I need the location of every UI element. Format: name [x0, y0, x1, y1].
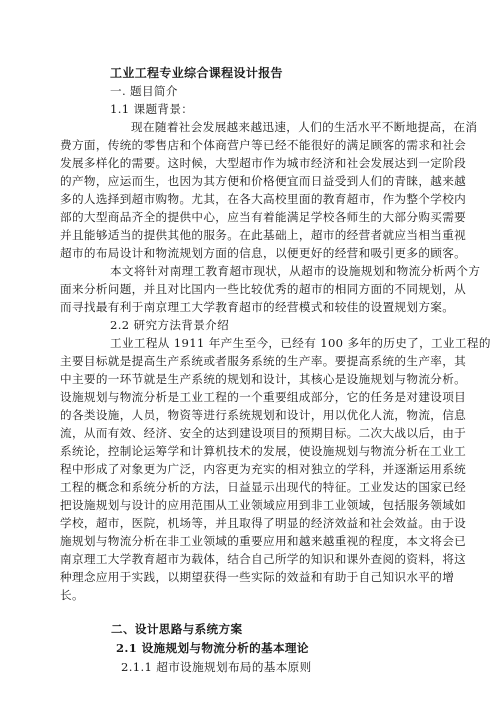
paragraph-line: 把设施规划与设计的应用范围从工业领域应用到非工业领域，包括服务领域如	[60, 498, 438, 512]
paragraph-line: 本文将针对南理工教育超市现状，从超市的设施规划和物流分析两个方	[110, 264, 438, 278]
paragraph-line: 设施规划与物流分析是工业工程的一个重要组成部分，它的任务是对建设项目	[60, 390, 438, 404]
paragraph-line: 主要目标就是提高生产系统或者服务系统的生产率。要提高系统的生产率，其	[60, 354, 438, 368]
paragraph-line: 的产物，应运而生，也因为其方便和价格便宜而日益受到人们的青睐，越来越	[60, 174, 438, 188]
paragraph-line: 部的大型商品齐全的提供中心，应当有着能满足学校各师生的大部分购买需要	[60, 210, 438, 224]
paragraph-line: 学校，超市，医院，机场等，并且取得了明显的经济效益和社会效益。由于设	[60, 516, 438, 530]
subsection-2-1-1-heading: 2.1.1 超市设施规划布局的基本原则	[121, 660, 312, 674]
paragraph-line: 发展多样化的需要。这时候，大型超市作为城市经济和社会发展达到一定阶段	[60, 156, 438, 170]
subsection-2-1-heading: 2.1 设施规划与物流分析的基本理论	[116, 641, 309, 655]
subsection-1-1-heading: 1.1 课题背景：	[110, 102, 193, 116]
paragraph-line: 工程的概念和系统分析的方法，日益显示出现代的特征。工业发达的国家已经	[60, 480, 438, 494]
paragraph-line: 南京理工大学教育超市为载体，结合自己所学的知识和课外查阅的资料，将这	[60, 552, 438, 566]
paragraph-line: 面来分析问题，并且对比国内一些比较优秀的超市的相同方面的不同规划，从	[60, 282, 438, 296]
paragraph-line: 而寻找最有利于南京理工大学教育超市的经营模式和较佳的设置规划方案。	[60, 300, 454, 314]
paragraph-line: 多的人选择到超市购物。尤其，在各大高校里面的教育超市，作为整个学校内	[60, 192, 438, 206]
paragraph-line: 程中形成了对象更为广泛，内容更为充实的相对独立的学科，并逐渐运用系统	[60, 462, 438, 476]
paragraph-line: 流，从而有效、经济、安全的达到建设项目的预期目标。二次大战以后，由于	[60, 426, 438, 440]
paragraph-line: 中主要的一环节就是生产系统的规划和设计，其核心是设施规划与物流分析。	[60, 372, 438, 386]
paragraph-line: 的各类设施，人员，物资等进行系统规划和设计，用以优化人流，物流，信息	[60, 408, 438, 422]
paragraph-line: 并且能够适当的提供其他的服务。在此基础上，超市的经营者就应当相当重视	[60, 228, 438, 242]
document-title: 工业工程专业综合课程设计报告	[110, 66, 283, 80]
paragraph-line: 现在随着社会发展越来越迅速，人们的生活水平不断地提高，在消	[131, 120, 438, 134]
paragraph-line: 长。	[60, 588, 84, 602]
paragraph-line: 种理念应用于实践，以期望获得一些实际的效益和有助于自己知识水平的增	[60, 570, 438, 584]
section-1-heading: 一. 题目简介	[110, 84, 178, 98]
paragraph-line: 费方面，传统的零售店和个体商营户等已经不能很好的满足顾客的需求和社会	[60, 138, 438, 152]
subsection-2-2-heading: 2.2 研究方法背景介绍	[110, 318, 229, 332]
paragraph-line: 施规划与物流分析在非工业领域的重要应用和越来越重视的程度，本文将会已	[60, 534, 438, 548]
section-2-heading: 二、设计思路与系统方案	[111, 622, 242, 636]
paragraph-line: 超市的布局设计和物流规划方面的信息，以便更好的经营和吸引更多的顾客。	[60, 246, 466, 260]
paragraph-line: 工业工程从 1911 年产生至今，已经有 100 多年的历史了，工业工程的	[110, 336, 438, 350]
paragraph-line: 系统论，控制论运筹学和计算机技术的发展，使设施规划与物流分析在工业工	[60, 444, 438, 458]
document-page: 工业工程专业综合课程设计报告 一. 题目简介 1.1 课题背景： 现在随着社会发…	[0, 0, 500, 707]
